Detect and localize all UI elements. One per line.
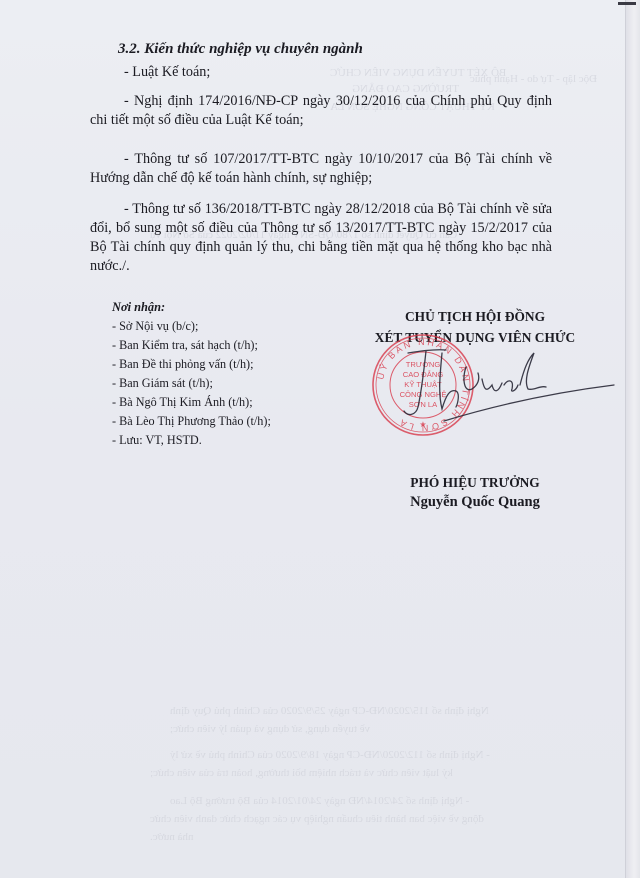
- recipient-item: - Ban Giám sát (t/h);: [112, 374, 271, 393]
- signer-title-line1: CHỦ TỊCH HỘI ĐỒNG: [360, 306, 590, 327]
- recipient-item: - Sở Nội vụ (b/c);: [112, 317, 271, 336]
- item-thong-tu-136: - Thông tư số 136/2018/TT-BTC ngày 28/12…: [90, 200, 552, 276]
- bleed-text: kỷ luật viên chức và trách nhiệm bồi thư…: [150, 768, 453, 779]
- signer-name: Nguyễn Quốc Quang: [360, 492, 590, 513]
- handwritten-signature-icon: [400, 345, 620, 425]
- bleed-text: Nghị định số 115/2020/NĐ-CP ngày 25/9/20…: [170, 706, 489, 717]
- bleed-text: nhà nước.: [150, 832, 194, 843]
- recipient-item: - Lưu: VT, HSTD.: [112, 431, 271, 450]
- scanned-page: BỘ XÉT TUYỂN DỤNG VIÊN CHỨC TRƯỜNG CAO Đ…: [0, 0, 640, 878]
- recipient-item: - Ban Kiểm tra, sát hạch (t/h);: [112, 336, 271, 355]
- section-heading: 3.2. Kiến thức nghiệp vụ chuyên ngành: [118, 41, 363, 58]
- recipients-list: Nơi nhận: - Sở Nội vụ (b/c); - Ban Kiểm …: [112, 298, 271, 450]
- item-nghi-dinh-174: - Nghị định 174/2016/NĐ-CP ngày 30/12/20…: [90, 92, 552, 130]
- bleed-text: - Nghị định số 112/2020/NĐ-CP ngày 18/9/…: [170, 750, 490, 761]
- item-thong-tu-107: - Thông tư số 107/2017/TT-BTC ngày 10/10…: [90, 150, 552, 188]
- page-corner-mark: [618, 2, 636, 5]
- bleed-text: về tuyển dụng, sử dụng và quản lý viên c…: [170, 724, 370, 735]
- bleed-text: - Nghị định số 24/2014/NĐ ngày 24/01/201…: [170, 796, 469, 807]
- bleed-text: động về việc ban hành tiêu chuẩn nghiệp …: [150, 814, 484, 825]
- item-luat-ke-toan: - Luật Kế toán;: [90, 63, 552, 82]
- signer-position: PHÓ HIỆU TRƯỞNG: [360, 472, 590, 493]
- recipient-item: - Bà Ngô Thị Kim Ánh (t/h);: [112, 393, 271, 412]
- recipient-item: - Ban Đề thi phỏng vấn (t/h);: [112, 355, 271, 374]
- recipients-title: Nơi nhận:: [112, 298, 271, 317]
- recipient-item: - Bà Lèo Thị Phương Thảo (t/h);: [112, 412, 271, 431]
- page-edge-shadow: [625, 0, 640, 878]
